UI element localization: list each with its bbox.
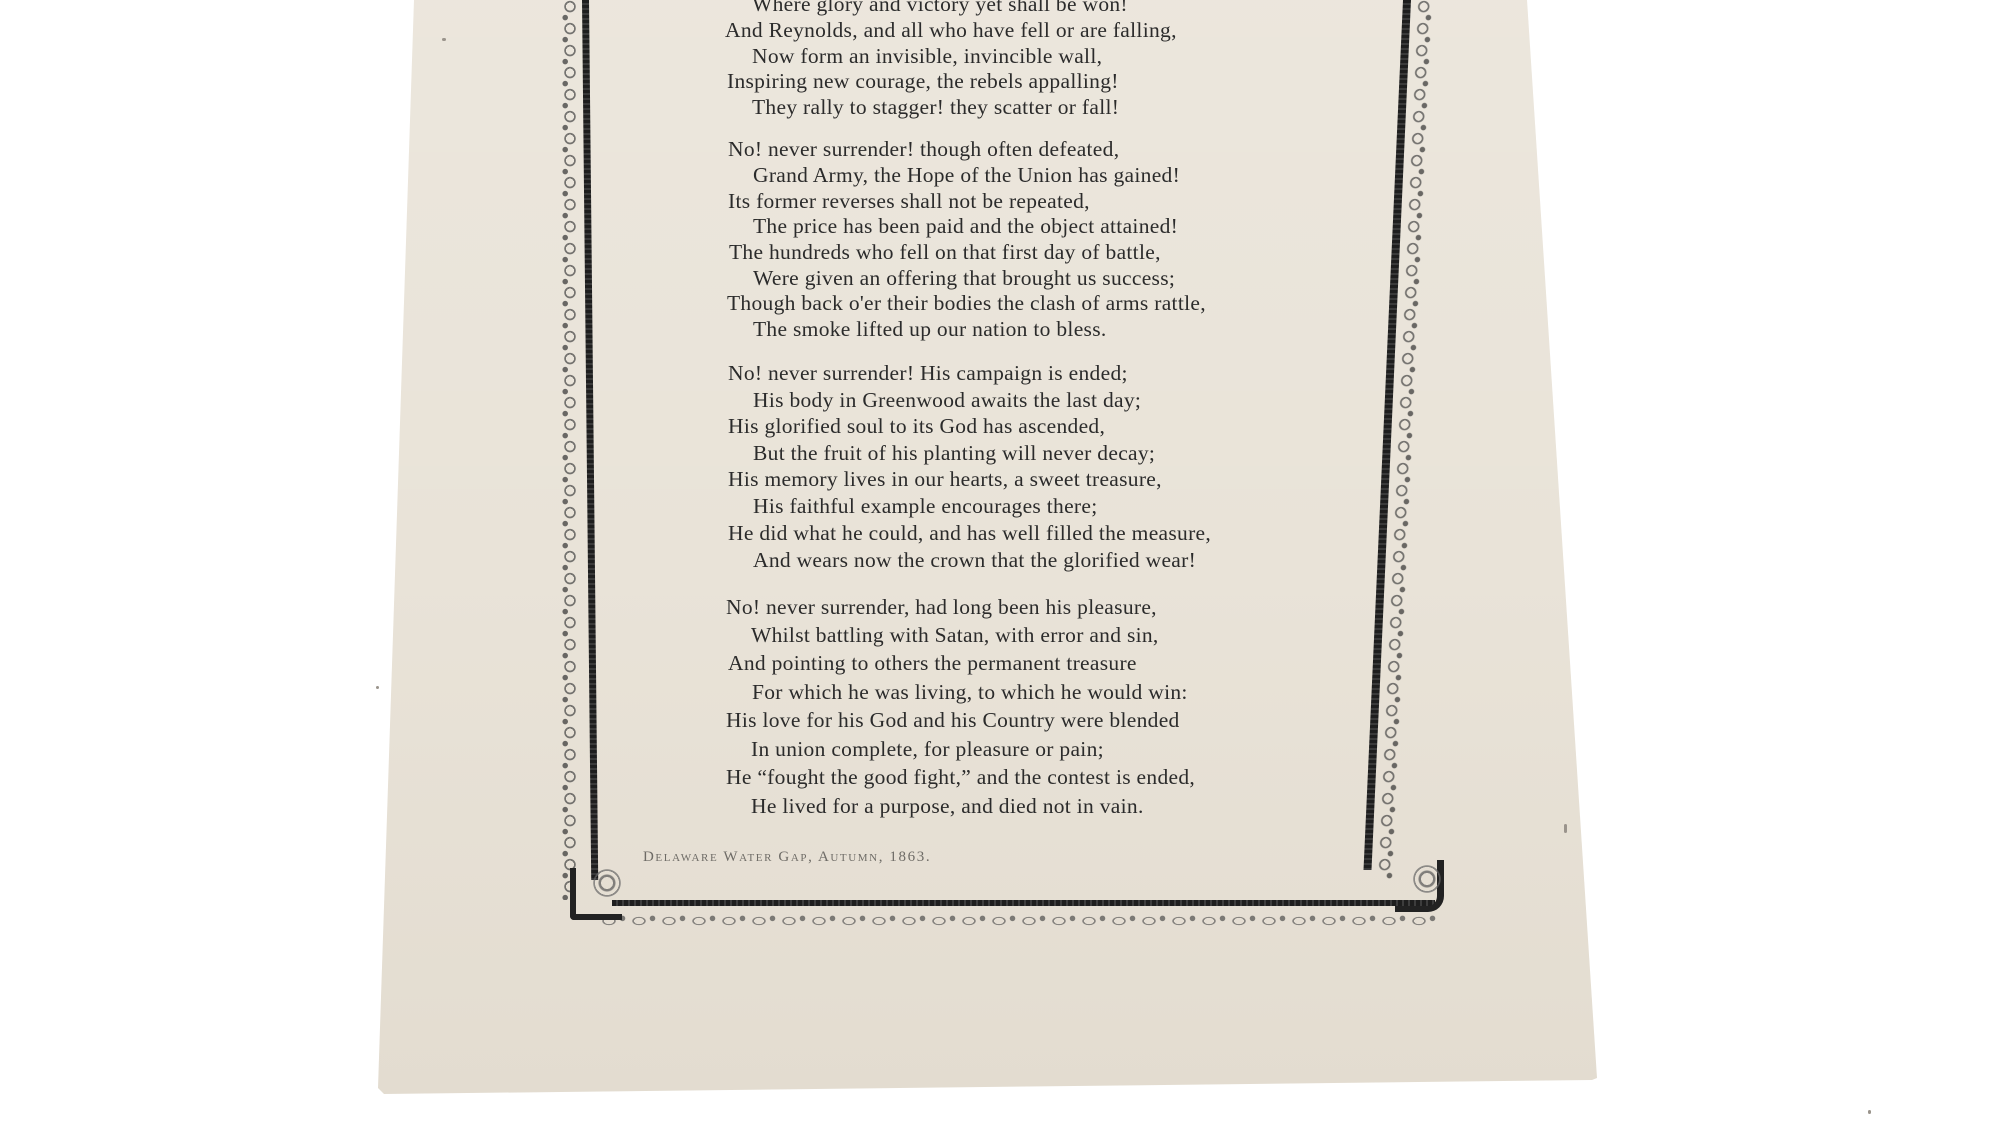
poem-line: But the fruit of his planting will never… — [753, 443, 1155, 465]
poem-line: No! never surrender, had long been his p… — [726, 597, 1157, 619]
poem-line: Its former reverses shall not be repeate… — [728, 191, 1090, 213]
poem-line: His body in Greenwood awaits the last da… — [753, 390, 1141, 412]
poem-line: His glorified soul to its God has ascend… — [728, 416, 1105, 438]
poem-line: No! never surrender! though often defeat… — [728, 139, 1119, 161]
poem-line: Were given an offering that brought us s… — [753, 268, 1175, 290]
poem-line: The price has been paid and the object a… — [753, 216, 1178, 238]
poem-line: The hundreds who fell on that first day … — [729, 242, 1161, 264]
poem-line: For which he was living, to which he wou… — [752, 682, 1188, 704]
bottom-border-rule — [612, 900, 1435, 906]
poem-line: Grand Army, the Hope of the Union has ga… — [753, 165, 1180, 187]
bottom-left-flourish-icon — [590, 866, 624, 900]
poem-line: And wears now the crown that the glorifi… — [753, 550, 1196, 572]
poem-line: Though back o'er their bodies the clash … — [727, 293, 1206, 315]
poem-line: No! never surrender! His campaign is end… — [728, 363, 1128, 385]
poem-line: He “fought the good fight,” and the cont… — [726, 767, 1195, 789]
poem-line: And pointing to others the permanent tre… — [728, 653, 1137, 675]
poem-line: His love for his God and his Country wer… — [726, 710, 1180, 732]
poem-line: Now form an invisible, invincible wall, — [752, 46, 1102, 68]
bottom-ornament-border — [600, 908, 1440, 934]
background-speck — [1868, 1110, 1871, 1114]
poem-line: And Reynolds, and all who have fell or a… — [725, 20, 1177, 42]
poem-line: Where glory and victory yet shall be won… — [752, 0, 1128, 16]
poem-line: He did what he could, and has well fille… — [728, 523, 1211, 545]
paper-speck — [1564, 824, 1567, 833]
poem-line: His memory lives in our hearts, a sweet … — [728, 469, 1162, 491]
poem-line: Inspiring new courage, the rebels appall… — [727, 71, 1119, 93]
poem-line: In union complete, for pleasure or pain; — [751, 739, 1104, 761]
paper-speck — [442, 38, 446, 41]
poem-line: They rally to stagger! they scatter or f… — [752, 97, 1119, 119]
poem-line: Whilst battling with Satan, with error a… — [751, 625, 1159, 647]
bottom-right-flourish-icon — [1410, 862, 1444, 896]
poem-line: He lived for a purpose, and died not in … — [751, 796, 1144, 818]
background-speck — [376, 686, 379, 689]
dateline-footer: Delaware Water Gap, Autumn, 1863. — [643, 849, 931, 866]
left-ornament-border — [558, 0, 582, 900]
poem-line: His faithful example encourages there; — [753, 496, 1098, 518]
poem-line: The smoke lifted up our nation to bless. — [753, 319, 1107, 341]
